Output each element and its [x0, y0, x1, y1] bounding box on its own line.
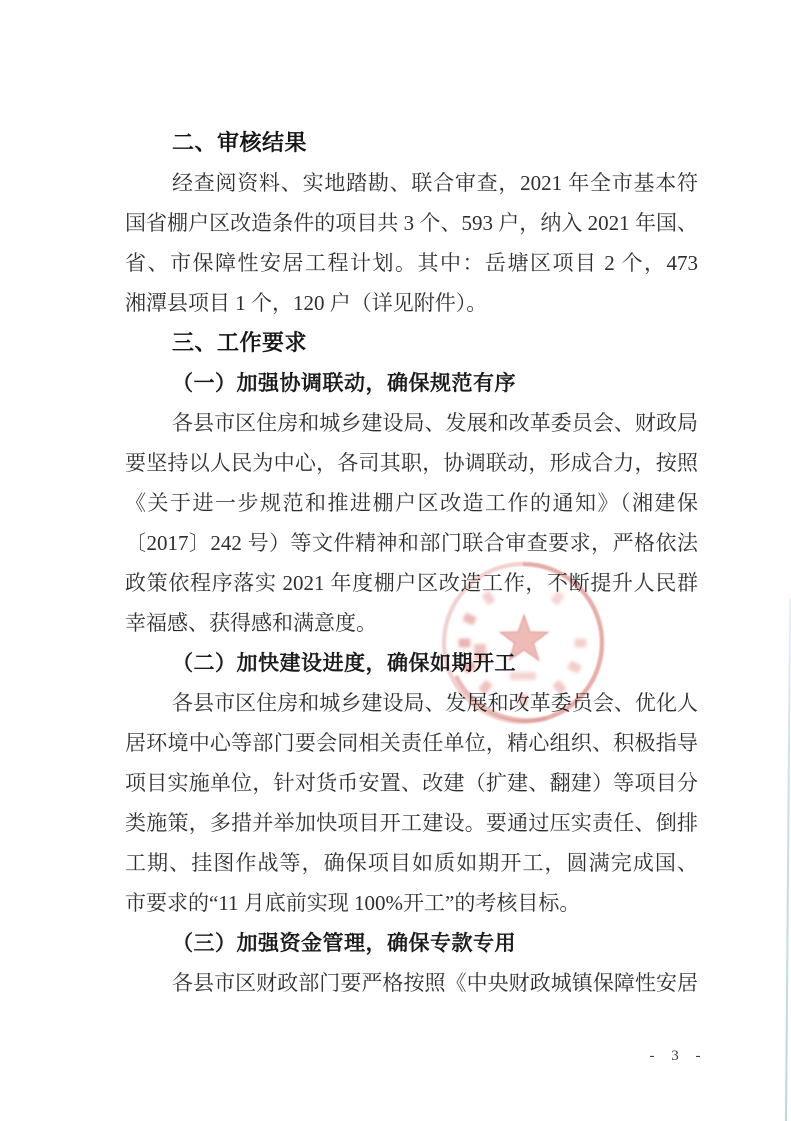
paragraph-line: 各县市区财政部门要严格按照《中央财政城镇保障性安居	[125, 963, 698, 1003]
sub-heading: （三）加强资金管理，确保专款专用	[125, 923, 698, 963]
paragraph-line: 各县市区住房和城乡建设局、发展和改革委员会、财政局	[125, 403, 698, 443]
paragraph-line: 居环境中心等部门要会同相关责任单位，精心组织、积极指导	[125, 723, 698, 763]
sub-heading: （二）加快建设进度，确保如期开工	[125, 643, 698, 683]
paragraph-line: 各县市区住房和城乡建设局、发展和改革委员会、优化人	[125, 683, 698, 723]
paragraph-line: 湘潭县项目 1 个，120 户（详见附件）。	[125, 283, 698, 323]
scan-edge-artifact	[785, 598, 791, 1121]
paragraph-line: 工期、挂图作战等，确保项目如质如期开工，圆满完成国、省、	[125, 843, 698, 883]
document-body: 二、审核结果经查阅资料、实地踏勘、联合审查，2021 年全市基本符合国省棚户区改…	[125, 123, 698, 1003]
paragraph-line: 项目实施单位，针对货币安置、改建（扩建、翻建）等项目分	[125, 763, 698, 803]
paragraph-line: 市要求的“11 月底前实现 100%开工”的考核目标。	[125, 883, 698, 923]
paragraph-line: 政策依程序落实 2021 年度棚户区改造工作，不断提升人民群众	[125, 563, 698, 603]
paragraph-line: 省、市保障性安居工程计划。其中：岳塘区项目 2 个，473 户；	[125, 243, 698, 283]
section-heading: 三、工作要求	[125, 323, 698, 363]
page-number: - 3 -	[645, 1048, 709, 1065]
paragraph-line: 《关于进一步规范和推进棚户区改造工作的通知》（湘建保	[125, 483, 698, 523]
scanned-document-page: 二、审核结果经查阅资料、实地踏勘、联合审查，2021 年全市基本符合国省棚户区改…	[0, 0, 791, 1121]
paragraph-line: 幸福感、获得感和满意度。	[125, 603, 698, 643]
paragraph-line: 国省棚户区改造条件的项目共 3 个、593 户，纳入 2021 年国、	[125, 203, 698, 243]
paragraph-line: 要坚持以人民为中心，各司其职，协调联动，形成合力，按照	[125, 443, 698, 483]
section-heading: 二、审核结果	[125, 123, 698, 163]
paragraph-line: 经查阅资料、实地踏勘、联合审查，2021 年全市基本符合	[125, 163, 698, 203]
sub-heading: （一）加强协调联动，确保规范有序	[125, 363, 698, 403]
paragraph-line: 〔2017〕242 号）等文件精神和部门联合审查要求，严格依法依	[125, 523, 698, 563]
paragraph-line: 类施策，多措并举加快项目开工建设。要通过压实责任、倒排	[125, 803, 698, 843]
